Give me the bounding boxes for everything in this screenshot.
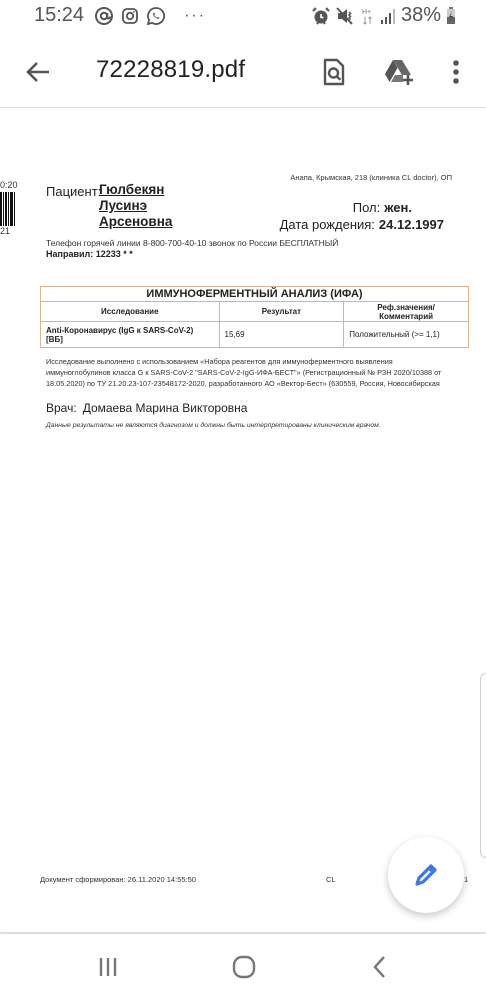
fast-scroll-handle[interactable] bbox=[480, 673, 486, 858]
doctor-name: Домаева Марина Викторовна bbox=[83, 401, 248, 415]
alarm-icon bbox=[311, 6, 331, 26]
sex-label: Пол: bbox=[353, 200, 381, 215]
footer-page-number: 1 bbox=[464, 875, 468, 884]
footer-generated: Документ сформирован: 26.11.2020 14:55:5… bbox=[40, 875, 196, 884]
app-bar: 72228819.pdf bbox=[0, 36, 486, 108]
signal-icon bbox=[380, 6, 396, 26]
at-sign-icon bbox=[94, 6, 114, 26]
home-button[interactable] bbox=[224, 952, 264, 982]
test-name-line1: Anti-Коронавирус (IgG к SARS-CoV-2) bbox=[46, 326, 214, 335]
instagram-icon bbox=[120, 6, 140, 26]
column-header-reference: Реф.значения/ Комментарий bbox=[344, 302, 469, 322]
screen: 15:24 ··· H+ 38% bbox=[0, 0, 486, 1000]
patient-name: Гюлбекян Лусинэ Арсеновна bbox=[99, 182, 172, 230]
test-name-line2: [ВБ] bbox=[46, 335, 214, 344]
results-table: ИММУНОФЕРМЕНТНЫЙ АНАЛИЗ (ИФА) Исследован… bbox=[40, 286, 469, 348]
whatsapp-icon bbox=[146, 6, 166, 26]
more-notifications-icon: ··· bbox=[184, 7, 206, 25]
table-row: Anti-Коронавирус (IgG к SARS-CoV-2) [ВБ]… bbox=[41, 322, 469, 348]
table-title: ИММУНОФЕРМЕНТНЫЙ АНАЛИЗ (ИФА) bbox=[41, 287, 469, 302]
cell-test-name: Anti-Коронавирус (IgG к SARS-CoV-2) [ВБ] bbox=[41, 322, 220, 348]
barcode bbox=[0, 192, 16, 226]
sex-row: Пол:жен. bbox=[353, 200, 412, 215]
system-nav-bar bbox=[0, 934, 486, 1000]
nav-back-button[interactable] bbox=[360, 952, 400, 982]
edit-fab-button[interactable] bbox=[388, 837, 464, 913]
column-header-test: Исследование bbox=[41, 302, 220, 322]
more-vert-icon bbox=[452, 59, 460, 85]
disclaimer: Данные результаты не являются диагнозом … bbox=[46, 422, 381, 429]
arrow-left-icon bbox=[25, 59, 51, 85]
dob-row: Дата рождения:24.12.1997 bbox=[280, 217, 444, 232]
column-header-reference-line1: Реф.значения/ bbox=[344, 303, 468, 312]
patient-surname: Гюлбекян bbox=[99, 182, 172, 198]
drive-add-icon bbox=[384, 58, 416, 86]
battery-percent: 38% bbox=[401, 4, 441, 27]
mute-icon bbox=[336, 6, 356, 26]
recents-button[interactable] bbox=[88, 952, 128, 982]
doctor-row: Врач:Домаева Марина Викторовна bbox=[46, 401, 247, 415]
patient-patronymic: Арсеновна bbox=[99, 214, 172, 230]
status-bar-left: 15:24 ··· bbox=[34, 4, 206, 27]
more-options-button[interactable] bbox=[438, 54, 474, 90]
sex-value: жен. bbox=[384, 200, 412, 215]
status-bar-right: H+ 38% bbox=[311, 4, 456, 27]
clinic-address: Анапа, Крымская, 218 (клиника CL doctor)… bbox=[290, 173, 452, 182]
dob-label: Дата рождения: bbox=[280, 217, 375, 232]
back-button[interactable] bbox=[20, 54, 56, 90]
pencil-icon bbox=[411, 860, 441, 890]
recents-icon bbox=[97, 956, 119, 978]
column-header-reference-line2: Комментарий bbox=[344, 312, 468, 321]
barcode-number: 21 bbox=[0, 226, 10, 236]
home-icon bbox=[232, 955, 256, 979]
dob-value: 24.12.1997 bbox=[379, 217, 444, 232]
chevron-left-icon bbox=[372, 955, 388, 979]
referred-by: Направил: 12233 * * bbox=[46, 249, 133, 259]
hotline-text: Телефон горячей линии 8-800-700-40-10 зв… bbox=[46, 238, 338, 248]
method-note: Исследование выполнено с использованием … bbox=[46, 356, 456, 390]
svg-text:H+: H+ bbox=[362, 9, 371, 16]
clock: 15:24 bbox=[34, 4, 84, 27]
find-in-document-button[interactable] bbox=[316, 54, 352, 90]
column-header-result: Результат bbox=[219, 302, 344, 322]
file-title: 72228819.pdf bbox=[96, 56, 245, 84]
status-bar: 15:24 ··· H+ 38% bbox=[0, 0, 486, 36]
patient-first-name: Лусинэ bbox=[99, 198, 172, 214]
pdf-page: 0:20 21 Анапа, Крымская, 218 (клиника CL… bbox=[0, 108, 486, 932]
add-to-drive-button[interactable] bbox=[382, 54, 418, 90]
doctor-label: Врач: bbox=[46, 401, 77, 415]
network-hplus-icon: H+ bbox=[361, 6, 375, 26]
cell-result: 15,69 bbox=[219, 322, 344, 348]
footer-org: CL bbox=[326, 875, 336, 884]
cell-reference: Положительный (>= 1,1) bbox=[344, 322, 469, 348]
find-in-page-icon bbox=[322, 58, 346, 86]
pdf-viewport[interactable]: 0:20 21 Анапа, Крымская, 218 (клиника CL… bbox=[0, 108, 486, 934]
battery-charging-icon bbox=[446, 6, 456, 26]
barcode-time: 0:20 bbox=[0, 180, 18, 190]
patient-label: Пациент: bbox=[46, 184, 101, 199]
